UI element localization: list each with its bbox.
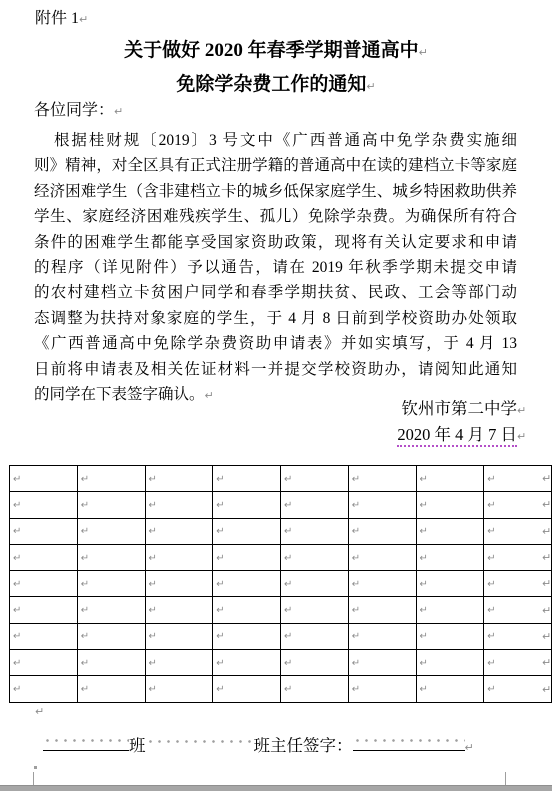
paragraph-mark-icon: ↵ xyxy=(420,553,428,564)
paragraph-mark-icon: ↵ xyxy=(487,474,495,485)
table-row: ↵↵↵↵↵↵↵↵ xyxy=(10,492,552,518)
paragraph-mark-icon: ↵ xyxy=(81,684,89,695)
signature-cell[interactable]: ↵ xyxy=(281,571,349,597)
signature-cell[interactable]: ↵ xyxy=(213,544,281,570)
paragraph-mark-icon: ↵ xyxy=(420,631,428,642)
paragraph-mark-icon: ↵ xyxy=(81,579,89,590)
signature-cell[interactable]: ↵ xyxy=(281,544,349,570)
paragraph-mark-icon: ↵ xyxy=(149,579,157,590)
signature-cell[interactable]: ↵ xyxy=(416,544,484,570)
paragraph-mark-icon: ↵ xyxy=(517,398,529,424)
signature-cell[interactable]: ↵ xyxy=(348,492,416,518)
paragraph-mark-icon: ↵ xyxy=(149,474,157,485)
signature-date: 2020 年 4 月 7 日↵ xyxy=(397,422,517,450)
paragraph-mark-icon: ↵ xyxy=(487,500,495,511)
body-line: 经济困难学生（含非建档立卡的城乡低保家庭学生、城乡特困救助供养 xyxy=(34,179,517,204)
body-line: 根据桂财规〔2019〕3 号文中《广西普通高中免学杂费实施细 xyxy=(34,128,517,153)
body-line: 则》精神，对全区具有正式注册学籍的普通高中在读的建档立卡等家庭 xyxy=(34,153,517,178)
paragraph-mark-icon: ↵ xyxy=(216,658,224,669)
signature-cell[interactable]: ↵ xyxy=(10,571,78,597)
signature-date-text: 2020 年 4 月 7 日 xyxy=(397,425,517,447)
table-row: ↵↵↵↵↵↵↵↵ xyxy=(10,650,552,676)
signature-cell[interactable]: ↵ xyxy=(348,518,416,544)
signature-cell[interactable]: ↵ xyxy=(77,623,145,649)
signature-cell[interactable]: ↵ xyxy=(145,597,213,623)
row-end-mark: ↵ xyxy=(542,676,551,702)
signature-cell[interactable]: ↵ xyxy=(145,518,213,544)
paragraph-mark-icon: ↵ xyxy=(114,105,123,118)
class-name-blank[interactable] xyxy=(43,735,129,751)
paragraph-mark-icon: ↵ xyxy=(149,605,157,616)
paragraph-mark-icon: ↵ xyxy=(420,684,428,695)
text-boundary-mark-right xyxy=(505,772,506,785)
paragraph-mark-icon: ↵ xyxy=(13,526,21,537)
attachment-label: 附件 1↵ xyxy=(35,6,88,33)
teacher-signature-blank[interactable] xyxy=(353,735,465,751)
body-line: 日前将申请表及相关佐证材料一并提交学校资助办，请阅知此通知 xyxy=(34,357,517,382)
paragraph-mark-icon: ↵ xyxy=(352,500,360,511)
signature-cell[interactable]: ↵ xyxy=(145,571,213,597)
empty-paragraph-mark: ↵ xyxy=(35,703,44,720)
paragraph-mark-icon: ↵ xyxy=(487,526,495,537)
signature-cell[interactable]: ↵ xyxy=(213,492,281,518)
table-row: ↵↵↵↵↵↵↵↵ xyxy=(10,466,552,492)
paragraph-mark-icon: ↵ xyxy=(487,684,495,695)
paragraph-mark-icon: ↵ xyxy=(149,631,157,642)
signature-cell[interactable]: ↵ xyxy=(145,492,213,518)
paragraph-mark-icon: ↵ xyxy=(216,526,224,537)
paragraph-mark-icon: ↵ xyxy=(542,525,551,538)
signature-cell[interactable]: ↵ xyxy=(348,623,416,649)
paragraph-mark-icon: ↵ xyxy=(420,579,428,590)
paragraph-mark-icon: ↵ xyxy=(352,474,360,485)
signature-cell[interactable]: ↵ xyxy=(416,492,484,518)
signature-cell[interactable]: ↵ xyxy=(213,676,281,702)
paragraph-mark-icon: ↵ xyxy=(149,553,157,564)
signature-cell[interactable]: ↵ xyxy=(416,623,484,649)
paragraph-mark-icon: ↵ xyxy=(517,424,529,450)
row-end-mark: ↵ xyxy=(542,597,551,623)
row-end-mark: ↵ xyxy=(542,570,551,596)
partial-paragraph-mark xyxy=(34,766,37,769)
paragraph-mark-icon: ↵ xyxy=(542,472,551,485)
signature-cell[interactable]: ↵ xyxy=(416,650,484,676)
signature-cell[interactable]: ↵ xyxy=(348,571,416,597)
paragraph-mark-icon: ↵ xyxy=(149,658,157,669)
paragraph-mark-icon: ↵ xyxy=(216,684,224,695)
doc-title-line-1-text: 关于做好 2020 年春季学期普通高中 xyxy=(124,40,419,61)
signature-cell[interactable]: ↵ xyxy=(77,597,145,623)
paragraph-mark-icon: ↵ xyxy=(13,500,21,511)
paragraph-mark-icon: ↵ xyxy=(81,500,89,511)
signature-cell[interactable]: ↵ xyxy=(10,623,78,649)
signature-cell[interactable]: ↵ xyxy=(348,676,416,702)
paragraph-mark-icon: ↵ xyxy=(352,553,360,564)
signature-cell[interactable]: ↵ xyxy=(10,650,78,676)
paragraph-mark-icon: ↵ xyxy=(216,605,224,616)
body-paragraph: 根据桂财规〔2019〕3 号文中《广西普通高中免学杂费实施细则》精神，对全区具有… xyxy=(34,128,517,407)
paragraph-mark-icon: ↵ xyxy=(420,526,428,537)
paragraph-mark-icon: ↵ xyxy=(419,46,428,59)
signature-cell[interactable]: ↵ xyxy=(213,466,281,492)
body-line: 条件的困难学生都能享受国家资助政策，现将有关认定要求和申请 xyxy=(34,230,517,255)
table-row-end-marks: ↵↵↵↵↵↵↵↵↵ xyxy=(542,465,551,702)
paragraph-mark-icon: ↵ xyxy=(420,500,428,511)
signature-cell[interactable]: ↵ xyxy=(213,518,281,544)
signature-cell[interactable]: ↵ xyxy=(281,492,349,518)
paragraph-mark-icon: ↵ xyxy=(420,474,428,485)
homeroom-teacher-label: 班主任签字： xyxy=(254,736,353,755)
paragraph-mark-icon: ↵ xyxy=(487,631,495,642)
paragraph-mark-icon: ↵ xyxy=(13,658,21,669)
signature-cell[interactable]: ↵ xyxy=(213,623,281,649)
signature-cell[interactable]: ↵ xyxy=(348,466,416,492)
signature-cell[interactable]: ↵ xyxy=(281,597,349,623)
signature-cell[interactable]: ↵ xyxy=(281,650,349,676)
body-line: 《广西普通高中免除学杂费资助申请表》并如实填写，于 4 月 13 xyxy=(34,331,517,356)
signature-cell[interactable]: ↵ xyxy=(416,676,484,702)
paragraph-mark-icon: ↵ xyxy=(487,579,495,590)
paragraph-mark-icon: ↵ xyxy=(487,553,495,564)
signature-cell[interactable]: ↵ xyxy=(348,597,416,623)
paragraph-mark-icon: ↵ xyxy=(216,579,224,590)
signature-cell[interactable]: ↵ xyxy=(145,466,213,492)
paragraph-mark-icon: ↵ xyxy=(366,80,375,93)
body-line: 的程序（详见附件）予以通告，请在 2019 年秋季学期未提交申请 xyxy=(34,255,517,280)
paragraph-mark-icon: ↵ xyxy=(542,656,551,669)
signature-cell[interactable]: ↵ xyxy=(416,571,484,597)
paragraph-mark-icon: ↵ xyxy=(542,630,551,643)
paragraph-mark-icon: ↵ xyxy=(216,474,224,485)
paragraph-mark-icon: ↵ xyxy=(487,605,495,616)
spacer-dots xyxy=(146,736,254,751)
signature-cell[interactable]: ↵ xyxy=(77,518,145,544)
table-row: ↵↵↵↵↵↵↵↵ xyxy=(10,518,552,544)
paragraph-mark-icon: ↵ xyxy=(284,500,292,511)
paragraph-mark-icon: ↵ xyxy=(542,551,551,564)
paragraph-mark-icon: ↵ xyxy=(216,631,224,642)
paragraph-mark-icon: ↵ xyxy=(352,631,360,642)
paragraph-mark-icon: ↵ xyxy=(352,658,360,669)
paragraph-mark-icon: ↵ xyxy=(284,631,292,642)
paragraph-mark-icon: ↵ xyxy=(542,604,551,617)
text-boundary-mark-left xyxy=(33,772,34,785)
paragraph-mark-icon: ↵ xyxy=(13,605,21,616)
signature-cell[interactable]: ↵ xyxy=(145,676,213,702)
signature-cell[interactable]: ↵ xyxy=(145,650,213,676)
row-end-mark: ↵ xyxy=(542,544,551,570)
paragraph-mark-icon: ↵ xyxy=(352,605,360,616)
table-row: ↵↵↵↵↵↵↵↵ xyxy=(10,623,552,649)
table-row: ↵↵↵↵↵↵↵↵ xyxy=(10,571,552,597)
paragraph-mark-icon: ↵ xyxy=(420,658,428,669)
paragraph-mark-icon: ↵ xyxy=(284,684,292,695)
paragraph-mark-icon: ↵ xyxy=(81,526,89,537)
signoff-table: ↵↵↵↵↵↵↵↵↵↵↵↵↵↵↵↵↵↵↵↵↵↵↵↵↵↵↵↵↵↵↵↵↵↵↵↵↵↵↵↵… xyxy=(9,465,552,703)
paragraph-mark-icon: ↵ xyxy=(13,474,21,485)
paragraph-mark-icon: ↵ xyxy=(542,683,551,696)
body-line: 态调整为扶持对象家庭的学生，于 4 月 8 日前到学校资助办处领取 xyxy=(34,306,517,331)
row-end-mark: ↵ xyxy=(542,491,551,517)
paragraph-mark-icon: ↵ xyxy=(81,658,89,669)
signature-cell[interactable]: ↵ xyxy=(281,518,349,544)
body-line: 的农村建档立卡贫困户同学和春季学期扶贫、民政、工会等部门动 xyxy=(34,280,517,305)
doc-title-line-2-text: 免除学杂费工作的通知 xyxy=(176,74,366,95)
paragraph-mark-icon: ↵ xyxy=(352,579,360,590)
paragraph-mark-icon: ↵ xyxy=(81,553,89,564)
signature-cell[interactable]: ↵ xyxy=(77,466,145,492)
paragraph-mark-icon: ↵ xyxy=(205,389,214,402)
row-end-mark: ↵ xyxy=(542,649,551,675)
table-row: ↵↵↵↵↵↵↵↵ xyxy=(10,676,552,702)
row-end-mark: ↵ xyxy=(542,623,551,649)
signature-cell[interactable]: ↵ xyxy=(145,623,213,649)
signature-cell[interactable]: ↵ xyxy=(213,597,281,623)
signature-cell[interactable]: ↵ xyxy=(10,597,78,623)
paragraph-mark-icon: ↵ xyxy=(13,631,21,642)
row-end-mark: ↵ xyxy=(542,465,551,491)
signature-cell[interactable]: ↵ xyxy=(213,571,281,597)
table-row: ↵↵↵↵↵↵↵↵ xyxy=(10,597,552,623)
paragraph-mark-icon: ↵ xyxy=(216,500,224,511)
paragraph-mark-icon: ↵ xyxy=(79,13,88,26)
signature-cell[interactable]: ↵ xyxy=(77,676,145,702)
signature-cell[interactable]: ↵ xyxy=(281,466,349,492)
paragraph-mark-icon: ↵ xyxy=(149,526,157,537)
salutation: 各位同学：↵ xyxy=(34,98,123,125)
footer-signature-line: 班班主任签字：↵ xyxy=(43,733,474,759)
signature-cell[interactable]: ↵ xyxy=(77,571,145,597)
signature-cell[interactable]: ↵ xyxy=(10,492,78,518)
paragraph-mark-icon: ↵ xyxy=(149,684,157,695)
paragraph-mark-icon: ↵ xyxy=(465,741,474,754)
signature-cell[interactable]: ↵ xyxy=(348,650,416,676)
paragraph-mark-icon: ↵ xyxy=(13,553,21,564)
paragraph-mark-icon: ↵ xyxy=(284,474,292,485)
signature-cell[interactable]: ↵ xyxy=(77,650,145,676)
row-end-mark: ↵ xyxy=(542,518,551,544)
paragraph-mark-icon: ↵ xyxy=(284,553,292,564)
signature-cell[interactable]: ↵ xyxy=(77,492,145,518)
paragraph-mark-icon: ↵ xyxy=(487,658,495,669)
paragraph-mark-icon: ↵ xyxy=(284,526,292,537)
paragraph-mark-icon: ↵ xyxy=(35,705,44,718)
signature-cell[interactable]: ↵ xyxy=(10,518,78,544)
paragraph-mark-icon: ↵ xyxy=(13,579,21,590)
paragraph-mark-icon: ↵ xyxy=(13,684,21,695)
paragraph-mark-icon: ↵ xyxy=(284,605,292,616)
paragraph-mark-icon: ↵ xyxy=(284,579,292,590)
signature-cell[interactable]: ↵ xyxy=(281,623,349,649)
salutation-text: 各位同学： xyxy=(34,102,114,119)
paragraph-mark-icon: ↵ xyxy=(81,474,89,485)
paragraph-mark-icon: ↵ xyxy=(81,631,89,642)
signature-cell[interactable]: ↵ xyxy=(145,544,213,570)
signature-cell[interactable]: ↵ xyxy=(416,466,484,492)
paragraph-mark-icon: ↵ xyxy=(420,605,428,616)
page-bottom-edge xyxy=(0,785,552,791)
paragraph-mark-icon: ↵ xyxy=(352,526,360,537)
paragraph-mark-icon: ↵ xyxy=(352,684,360,695)
doc-title-line-1: 关于做好 2020 年春季学期普通高中↵ xyxy=(0,36,552,68)
paragraph-mark-icon: ↵ xyxy=(542,498,551,511)
attachment-label-text: 附件 1 xyxy=(35,10,79,27)
paragraph-mark-icon: ↵ xyxy=(542,577,551,590)
signature-cell[interactable]: ↵ xyxy=(416,597,484,623)
signature-school: 钦州市第二中学↵ xyxy=(402,396,518,424)
body-line: 学生、家庭经济困难残疾学生、孤儿）免除学杂费。为确保所有符合 xyxy=(34,204,517,229)
paragraph-mark-icon: ↵ xyxy=(284,658,292,669)
signature-cell[interactable]: ↵ xyxy=(281,676,349,702)
signature-cell[interactable]: ↵ xyxy=(10,676,78,702)
signature-cell[interactable]: ↵ xyxy=(213,650,281,676)
paragraph-mark-icon: ↵ xyxy=(149,500,157,511)
document-page: 附件 1↵ 关于做好 2020 年春季学期普通高中↵ 免除学杂费工作的通知↵ 各… xyxy=(0,0,552,791)
signature-cell[interactable]: ↵ xyxy=(10,544,78,570)
class-label: 班 xyxy=(129,736,146,755)
signature-cell[interactable]: ↵ xyxy=(77,544,145,570)
signature-school-text: 钦州市第二中学 xyxy=(402,399,518,418)
paragraph-mark-icon: ↵ xyxy=(216,553,224,564)
signature-cell[interactable]: ↵ xyxy=(10,466,78,492)
table-row: ↵↵↵↵↵↵↵↵ xyxy=(10,544,552,570)
signature-cell[interactable]: ↵ xyxy=(348,544,416,570)
signature-cell[interactable]: ↵ xyxy=(416,518,484,544)
paragraph-mark-icon: ↵ xyxy=(81,605,89,616)
